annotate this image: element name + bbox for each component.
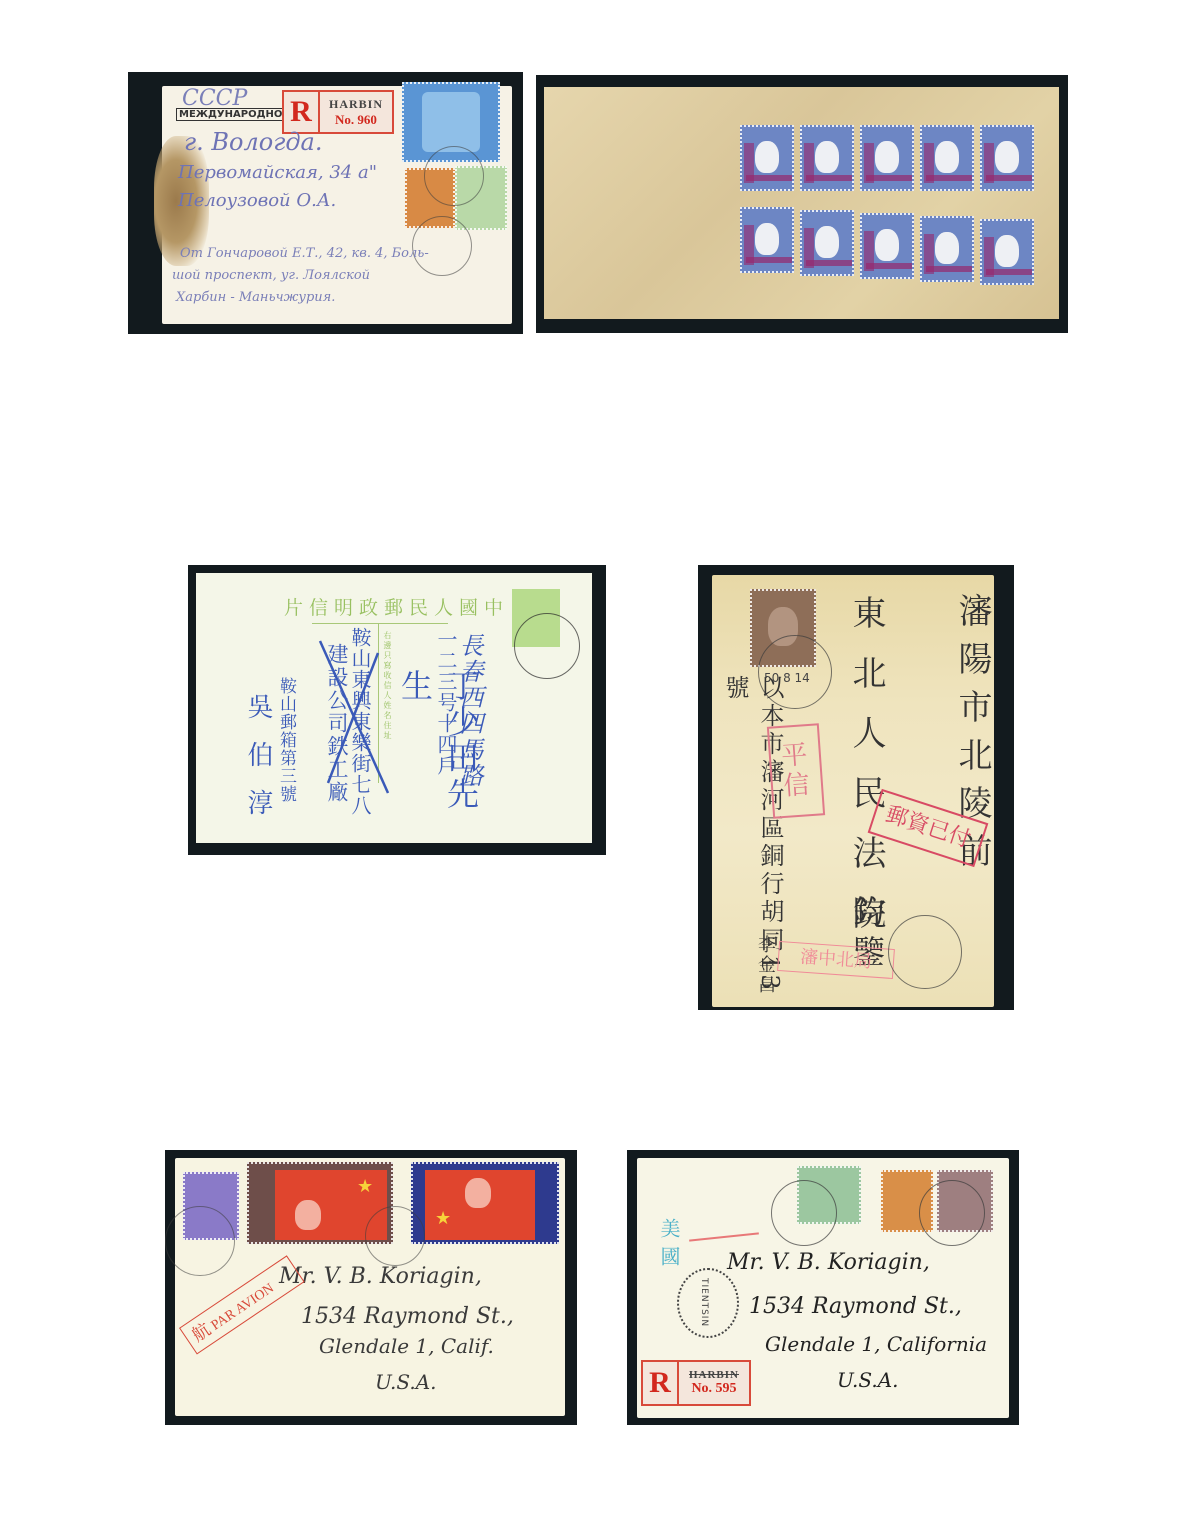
postmark [888,915,962,989]
address-line: Mr. V. B. Koriagin, [279,1264,482,1289]
registration-number: No. 595 [691,1381,736,1397]
address-line: 1534 Raymond St., [301,1304,514,1329]
postmark [514,613,580,679]
sender-name: 吳伯淳 [240,693,277,837]
address-line: Пелоузовой О.А. [178,190,336,211]
postmark [365,1206,425,1266]
cover-2-frame [536,75,1068,333]
stamp-blue-portrait [980,125,1034,191]
address-line: 1534 Raymond St., [749,1294,962,1319]
stamp-blue-portrait [740,125,794,191]
address-line: Glendale 1, California [765,1332,987,1356]
addressee-name: 丁少田先生 [392,669,484,843]
registration-city: HARBIN [329,97,383,112]
address-line: U.S.A. [837,1368,899,1392]
sender-name: 李金昌 [752,935,778,995]
postmark [424,146,484,206]
sender-line: Харбин - Маньчжурия. [176,290,335,305]
stamp-blue-portrait [980,219,1034,285]
registration-letter: R [284,92,320,132]
stamp-mao-flag-blue: ★ [411,1162,559,1244]
cross-out-mark [316,633,396,803]
sender-address: 鞍山郵箱第三號 [274,677,299,803]
stamp-blue-portrait [800,210,854,276]
transit-postmark: TIENTSIN [699,1278,709,1327]
registration-number: No. 960 [335,112,377,128]
cover-3-frame: 中國人民郵政明信片 右邊只寫收信人姓名住址 長春西四馬路 一二三号十四戶 丁少田… [188,565,606,855]
sender-line: От Гончаровой Е.Т., 42, кв. 4, Боль- [180,246,429,261]
cover-4-envelope: 50 8 14 瀋陽市北陵前 東北人民法院 鈞鑒 以本市瀋河區銅行胡同13號 李… [712,575,994,1007]
address-line: U.S.A. [375,1370,437,1394]
registration-label: R HARBIN No. 595 [641,1360,751,1406]
title-rule [312,623,448,624]
side-note: 美國 [655,1218,684,1274]
stamp-blue-portrait [920,125,974,191]
address-line: г. Вологда. [184,128,322,156]
registration-letter: R [643,1362,679,1404]
address-line: Glendale 1, Calif. [319,1334,494,1358]
stamp-blue-portrait [860,125,914,191]
postmark-harbin [771,1180,837,1246]
address-line: Mr. V. B. Koriagin, [727,1250,930,1275]
cover-4-frame: 50 8 14 瀋陽市北陵前 東北人民法院 鈞鑒 以本市瀋河區銅行胡同13號 李… [698,565,1014,1010]
cover-5-frame: ★ ★ Mr. V. B. Koriagin, 1534 Raymond St.… [165,1150,577,1425]
red-scribble [689,1232,759,1241]
address-line: Первомайская, 34 а" [178,162,377,183]
postmark-harbin [919,1180,985,1246]
cover-1-envelope: МЕЖДУНАРОДНОЕ R HARBIN No. 960 СССР г. В… [162,86,512,324]
cover-5-envelope: ★ ★ Mr. V. B. Koriagin, 1534 Raymond St.… [175,1158,565,1416]
cover-6-envelope: 美國 TIENTSIN Mr. V. B. Koriagin, 1534 Ray… [637,1158,1009,1418]
card-title: 中國人民郵政明信片 [284,593,509,620]
cover-6-frame: 美國 TIENTSIN Mr. V. B. Koriagin, 1534 Ray… [627,1150,1019,1425]
cover-3-postcard: 中國人民郵政明信片 右邊只寫收信人姓名住址 長春西四馬路 一二三号十四戶 丁少田… [196,573,592,843]
stamp-blue-portrait [800,125,854,191]
sender-line: шой проспект, уг. Лоялской [172,268,370,283]
airmail-label-text: PAR AVION [209,1281,277,1334]
registration-city: HARBIN [689,1369,739,1381]
stamp-blue-portrait [860,213,914,279]
postmark [165,1206,235,1276]
stamp-blue-portrait [740,207,794,273]
stamp-blue-portrait [920,216,974,282]
boxed-mark-ordinary: 平信 [767,723,825,818]
cover-1-frame: МЕЖДУНАРОДНОЕ R HARBIN No. 960 СССР г. В… [128,72,523,334]
address-line: СССР [182,86,247,111]
